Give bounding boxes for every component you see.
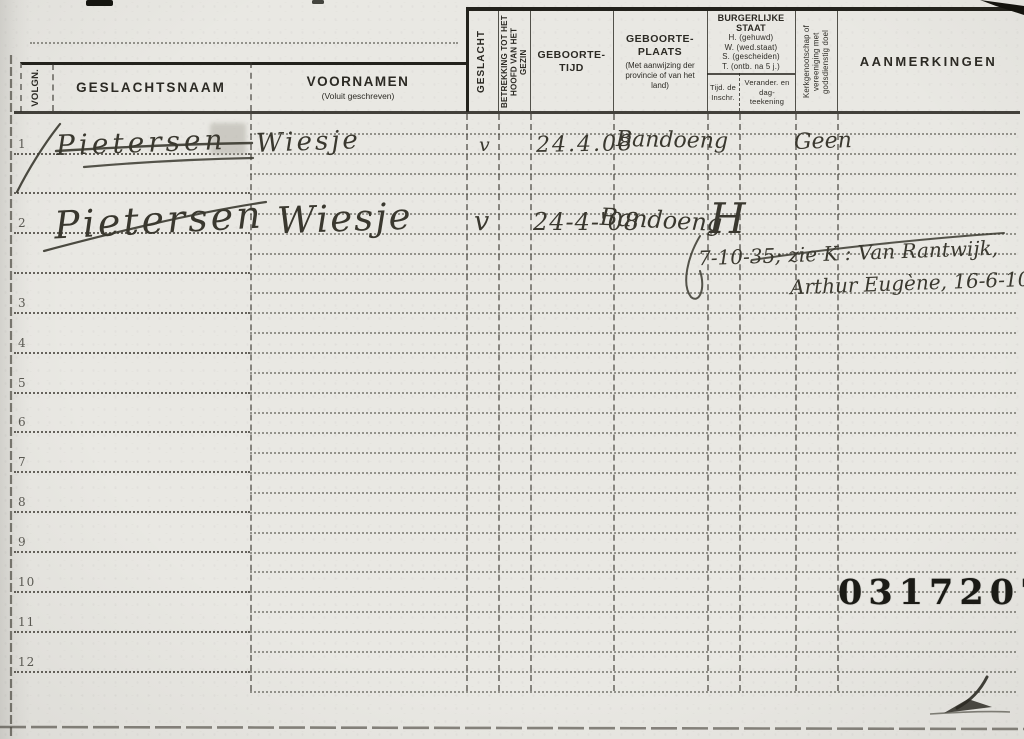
right-row-rule: [250, 631, 1016, 633]
body-column-line: [530, 114, 532, 691]
right-row-rule: [250, 552, 1016, 554]
row1-geslacht: v: [479, 134, 490, 156]
left-row-rule: [14, 631, 250, 633]
serial-number-stamp: 0317207: [838, 572, 1024, 613]
row-number: 4: [18, 336, 27, 350]
geslacht-label: GESLACHT: [477, 30, 487, 93]
left-row-rule: [14, 471, 250, 473]
column-header-kerkgenootschap: Kerkgenootschap of vereeniging met godsd…: [795, 12, 837, 111]
geboorteplaats-label: GEBOORTE-PLAATS: [625, 33, 695, 59]
burgerlijke-staat-title: BURGERLIJKE STAAT: [711, 14, 791, 33]
column-header-betrekking: BETREKKING TOT HET HOOFD VAN HET GEZIN: [498, 12, 530, 111]
row-number: 3: [18, 296, 27, 310]
column-header-aanmerkingen: AANMERKINGEN: [837, 12, 1020, 111]
row1-kerkgenootschap: Geen: [794, 128, 853, 155]
bs-code-t: T. (ontb. na 5 j.): [722, 62, 780, 72]
betrekking-label: BETREKKING TOT HET HOOFD VAN HET GEZIN: [500, 14, 529, 110]
right-row-rule: [250, 691, 1016, 693]
row-number: 1: [18, 137, 27, 151]
left-row-rule: [14, 272, 250, 274]
row1-voornamen: Wiesje: [256, 125, 362, 159]
right-row-rule: [250, 452, 1016, 454]
row2-voornamen: Wiesje: [276, 195, 413, 243]
row-number: 2: [18, 216, 27, 230]
right-row-rule: [250, 512, 1016, 514]
right-row-rule: [250, 392, 1016, 394]
right-row-rule: [250, 352, 1016, 354]
bs-code-w: W. (wed.staat): [725, 43, 778, 53]
geboorteplaats-sublabel: (Met aanwijzing der provincie of van het…: [618, 61, 702, 91]
header-bottom-border: [14, 111, 1020, 114]
right-row-rule: [250, 173, 1016, 175]
left-row-rule: [14, 591, 250, 593]
right-row-rule: [250, 312, 1016, 314]
geboortetijd-label: GEBOORTE-TIJD: [530, 49, 613, 75]
voornamen-label: VOORNAMEN: [307, 74, 410, 89]
aanmerkingen-label: AANMERKINGEN: [860, 54, 998, 69]
body-column-line: [466, 114, 468, 691]
right-row-rule: [250, 651, 1016, 653]
right-row-rule: [250, 193, 1016, 195]
row-number: 6: [18, 415, 27, 429]
right-row-rule: [250, 671, 1016, 673]
row-number: 10: [18, 575, 35, 589]
right-row-rule: [250, 472, 1016, 474]
tijd-inschr-label: Tijd. de Inschr.: [710, 83, 736, 102]
column-header-geboortetijd: GEBOORTE-TIJD: [530, 12, 613, 111]
column-header-geslachtsnaam: GESLACHTSNAAM: [52, 64, 250, 111]
left-row-rule: [14, 511, 250, 513]
top-dotted-rule: [30, 42, 458, 44]
verander-label: Verander. en dag-teekening: [744, 78, 790, 107]
left-row-rule: [14, 671, 250, 673]
body-column-line: [795, 114, 797, 691]
right-row-rule: [250, 372, 1016, 374]
right-row-rule: [250, 532, 1016, 534]
right-row-rule: [250, 412, 1016, 414]
bs-code-s: S. (gescheiden): [722, 52, 780, 62]
row-number: 11: [18, 615, 35, 629]
row-number: 7: [18, 455, 27, 469]
left-row-rule: [14, 392, 250, 394]
row1-geslachtsnaam: Pietersen: [55, 123, 227, 162]
left-row-rule: [14, 551, 250, 553]
right-row-rule: [250, 492, 1016, 494]
row-number: 12: [18, 655, 35, 669]
left-row-rule: [14, 352, 250, 354]
row2-geslacht: v: [474, 206, 489, 237]
column-header-tijd-inschr: Tijd. de Inschr.: [707, 74, 739, 111]
column-header-voornamen: VOORNAMEN (Voluit geschreven): [250, 64, 466, 111]
body-column-line: [613, 114, 615, 691]
column-header-geboorteplaats: GEBOORTE-PLAATS (Met aanwijzing der prov…: [613, 12, 707, 111]
left-row-rule: [14, 312, 250, 314]
body-column-line: [498, 114, 500, 691]
column-header-volgn: VOLGN.: [20, 64, 52, 111]
row2-burgerlijke-staat: H: [709, 194, 746, 243]
column-header-verander: Verander. en dag-teekening: [739, 74, 795, 111]
geslachtsnaam-label: GESLACHTSNAAM: [76, 80, 226, 95]
voornamen-sublabel: (Voluit geschreven): [322, 91, 395, 101]
left-row-rule: [14, 431, 250, 433]
kerkgenootschap-label: Kerkgenootschap of vereeniging met godsd…: [802, 14, 831, 110]
column-header-burgerlijke-staat: BURGERLIJKE STAAT H. (gehuwd) W. (wed.st…: [707, 12, 795, 72]
volgn-label: VOLGN.: [31, 69, 41, 107]
row1-geboorteplaats: Bandoeng: [616, 127, 728, 154]
family-register-card: 123456789101112 VOLGN. GESLACHTSNAAM VOO…: [0, 0, 1024, 739]
row-number: 8: [18, 495, 27, 509]
bs-code-h: H. (gehuwd): [729, 33, 774, 43]
row-number: 5: [18, 376, 27, 390]
right-row-rule: [250, 432, 1016, 434]
row-number: 9: [18, 535, 27, 549]
right-row-rule: [250, 332, 1016, 334]
column-header-geslacht: GESLACHT: [466, 12, 498, 111]
